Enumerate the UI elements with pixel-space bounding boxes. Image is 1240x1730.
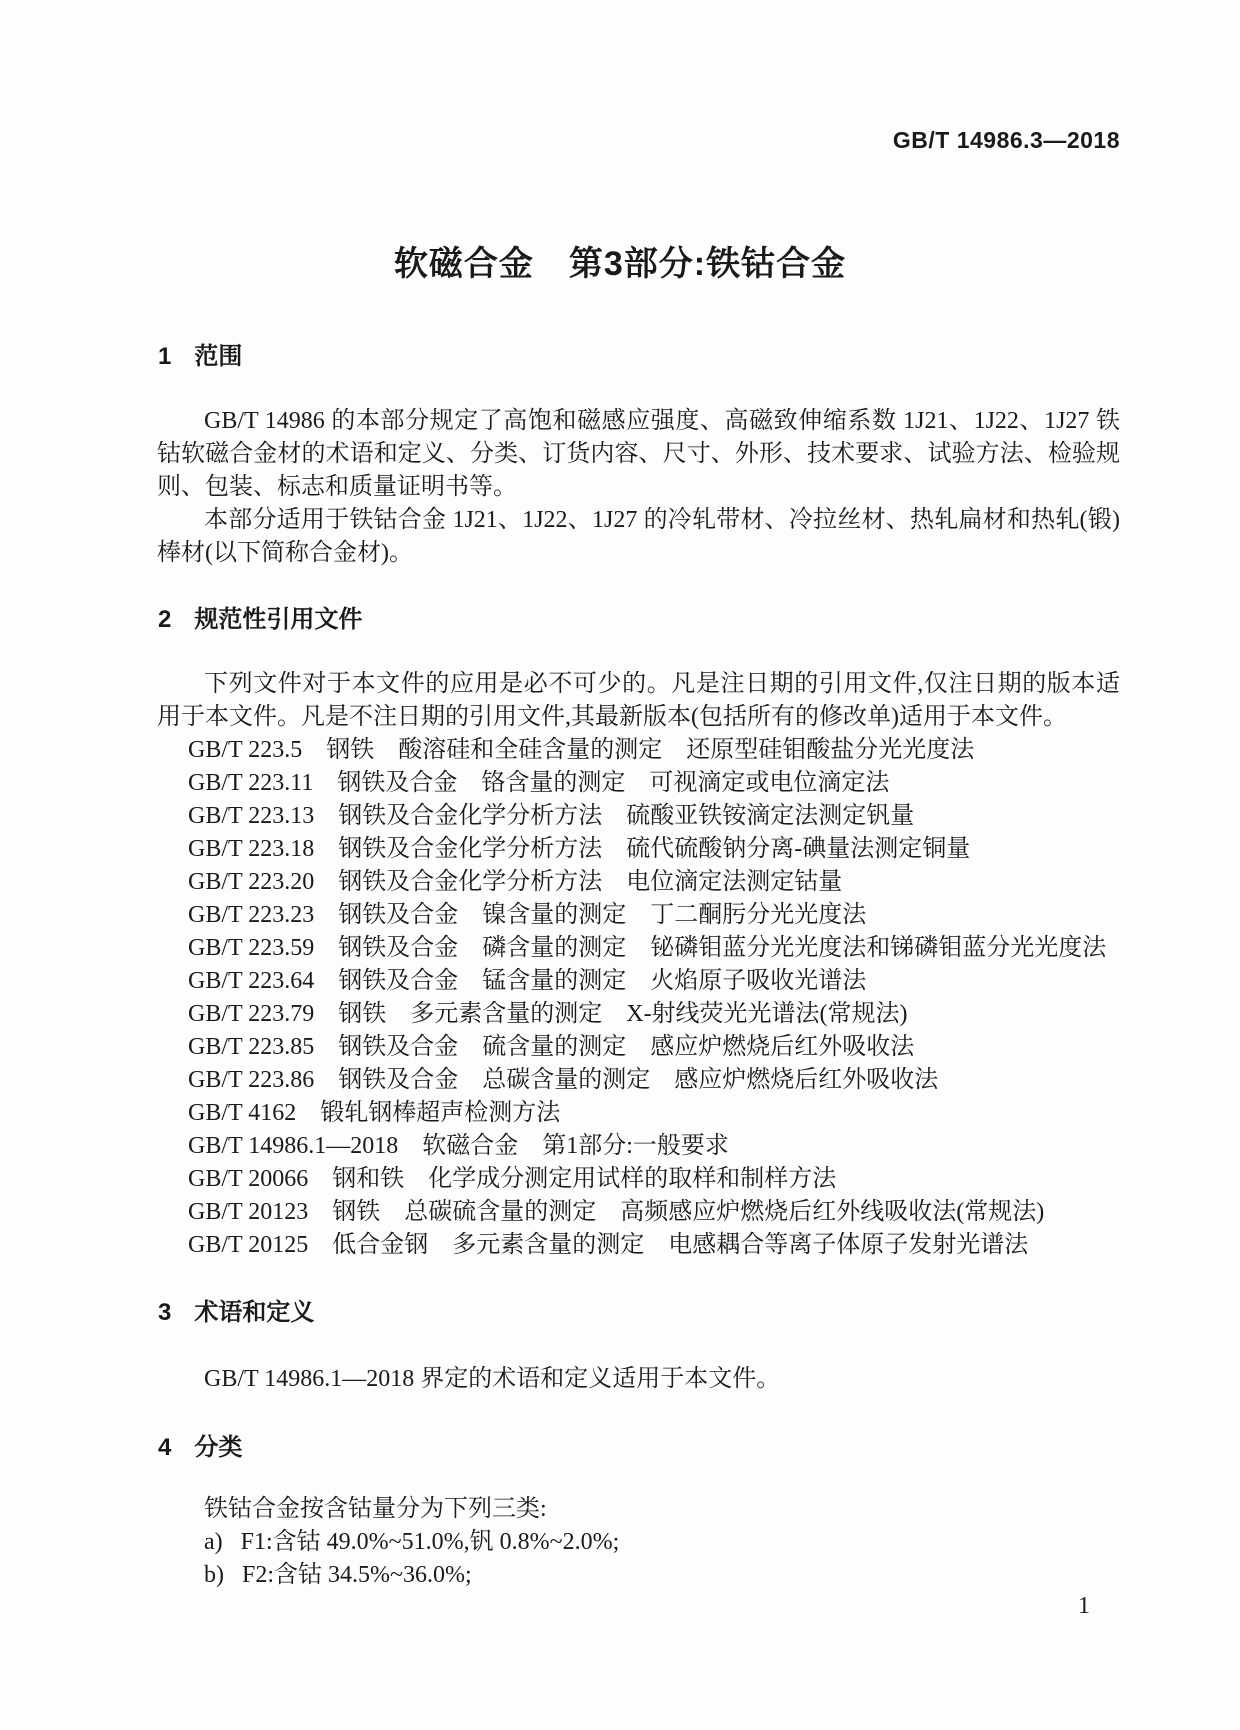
- reference-item: GB/T 20123 钢铁 总碳硫含量的测定 高频感应炉燃烧后红外线吸收法(常规…: [188, 1196, 1106, 1229]
- reference-item: GB/T 14986.1—2018 软磁合金 第1部分:一般要求: [188, 1130, 1106, 1163]
- reference-item: GB/T 223.59 钢铁及合金 磷含量的测定 铋磷钼蓝分光光度法和锑磷钼蓝分…: [188, 932, 1106, 965]
- reference-item: GB/T 223.20 钢铁及合金化学分析方法 电位滴定法测定钴量: [188, 866, 1106, 899]
- reference-item: GB/T 223.23 钢铁及合金 镍含量的测定 丁二酮肟分光光度法: [188, 899, 1106, 932]
- reference-item: GB/T 223.13 钢铁及合金化学分析方法 硫酸亚铁铵滴定法测定钒量: [188, 800, 1106, 833]
- classification-item-b-label: b): [204, 1562, 224, 1588]
- section-3-number: 3: [158, 1299, 171, 1326]
- normative-references-list: GB/T 223.5 钢铁 酸溶硅和全硅含量的测定 还原型硅钼酸盐分光光度法 G…: [188, 734, 1106, 1262]
- reference-item: GB/T 20125 低合金钢 多元素含量的测定 电感耦合等离子体原子发射光谱法: [188, 1229, 1106, 1262]
- document-title: 软磁合金 第3部分:铁钴合金: [120, 236, 1120, 285]
- classification-item-b: b)F2:含钴 34.5%~36.0%;: [204, 1559, 472, 1592]
- reference-item: GB/T 223.64 钢铁及合金 锰含量的测定 火焰原子吸收光谱法: [188, 965, 1106, 998]
- classification-item-a-label: a): [204, 1529, 223, 1555]
- section-2-intro: 下列文件对于本文件的应用是必不可少的。凡是注日期的引用文件,仅注日期的版本适用于…: [157, 668, 1120, 734]
- document-page: GB/T 14986.3—2018 软磁合金 第3部分:铁钴合金 1范围 GB/…: [0, 0, 1240, 1730]
- reference-item: GB/T 20066 钢和铁 化学成分测定用试样的取样和制样方法: [188, 1163, 1106, 1196]
- section-4-number: 4: [158, 1434, 171, 1461]
- section-4-intro: 铁钴合金按含钴量分为下列三类:: [157, 1493, 1120, 1526]
- section-2-number: 2: [158, 606, 171, 633]
- section-1-title: 范围: [194, 343, 242, 370]
- reference-item: GB/T 223.79 钢铁 多元素含量的测定 X-射线荧光光谱法(常规法): [188, 998, 1106, 1031]
- standard-code-header: GB/T 14986.3—2018: [893, 127, 1120, 154]
- section-3-title: 术语和定义: [194, 1299, 314, 1326]
- section-4-heading: 4分类: [158, 1431, 242, 1464]
- classification-item-a-text: F1:含钴 49.0%~51.0%,钒 0.8%~2.0%;: [241, 1529, 620, 1555]
- reference-item: GB/T 223.5 钢铁 酸溶硅和全硅含量的测定 还原型硅钼酸盐分光光度法: [188, 734, 1106, 767]
- section-3-paragraph: GB/T 14986.1—2018 界定的术语和定义适用于本文件。: [157, 1363, 1120, 1396]
- reference-item: GB/T 223.18 钢铁及合金化学分析方法 硫代硫酸钠分离-碘量法测定铜量: [188, 833, 1106, 866]
- section-2-title: 规范性引用文件: [194, 606, 362, 633]
- reference-item: GB/T 223.86 钢铁及合金 总碳含量的测定 感应炉燃烧后红外吸收法: [188, 1064, 1106, 1097]
- section-1-paragraph-2: 本部分适用于铁钴合金 1J21、1J22、1J27 的冷轧带材、冷拉丝材、热轧扁…: [157, 504, 1120, 570]
- classification-item-a: a)F1:含钴 49.0%~51.0%,钒 0.8%~2.0%;: [204, 1526, 619, 1559]
- reference-item: GB/T 223.11 钢铁及合金 铬含量的测定 可视滴定或电位滴定法: [188, 767, 1106, 800]
- section-1-number: 1: [158, 343, 171, 370]
- section-4-title: 分类: [194, 1434, 242, 1461]
- page-number: 1: [1078, 1590, 1090, 1623]
- section-3-heading: 3术语和定义: [158, 1296, 314, 1329]
- section-2-heading: 2规范性引用文件: [158, 603, 362, 636]
- section-1-heading: 1范围: [158, 340, 242, 373]
- classification-item-b-text: F2:含钴 34.5%~36.0%;: [242, 1562, 472, 1588]
- section-1-paragraph-1: GB/T 14986 的本部分规定了高饱和磁感应强度、高磁致伸缩系数 1J21、…: [157, 405, 1120, 504]
- reference-item: GB/T 4162 锻轧钢棒超声检测方法: [188, 1097, 1106, 1130]
- reference-item: GB/T 223.85 钢铁及合金 硫含量的测定 感应炉燃烧后红外吸收法: [188, 1031, 1106, 1064]
